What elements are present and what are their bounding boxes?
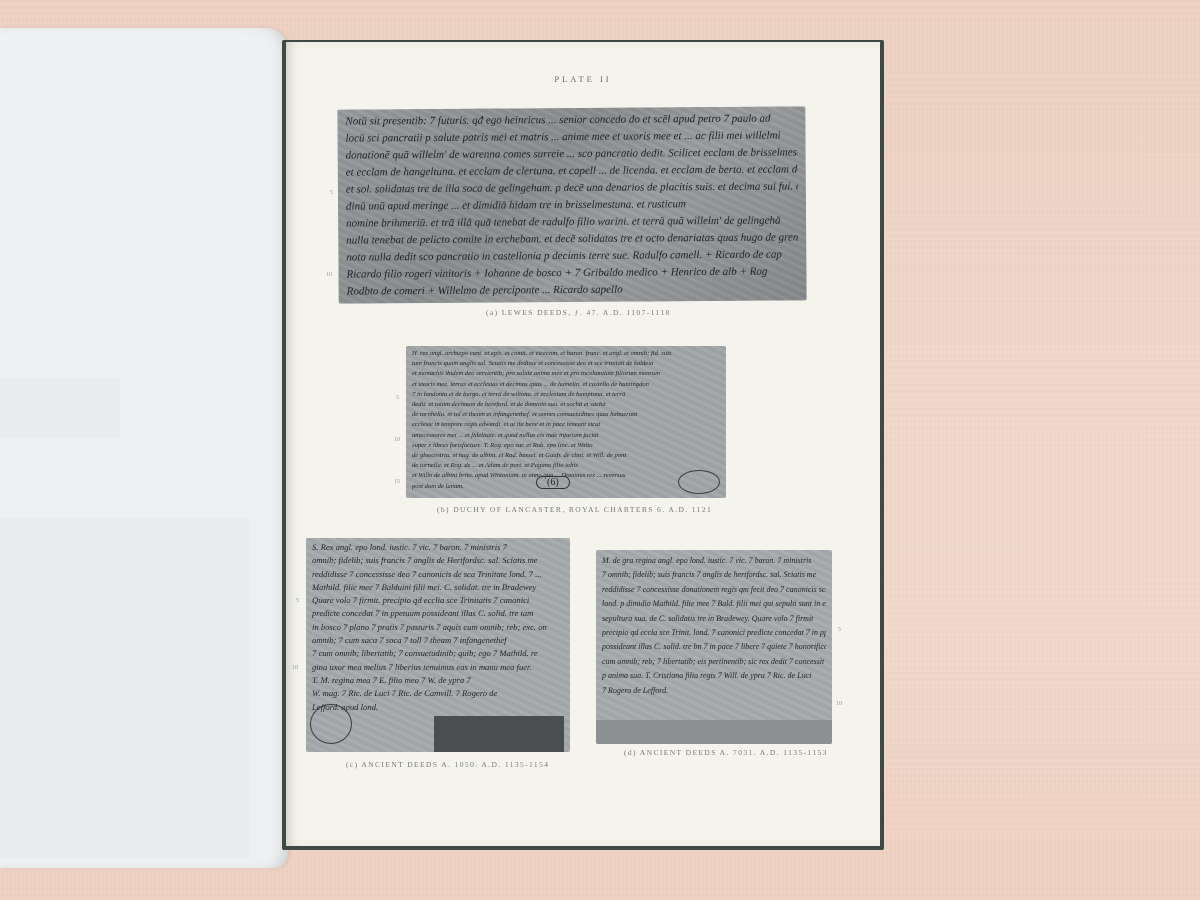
- deed-line: tam francis quam anglis sal. Sciatis me …: [412, 359, 720, 369]
- photo-shadow: [434, 716, 564, 752]
- deed-image-b: H. rex angl. archiepo cant. et epis. et …: [406, 346, 726, 498]
- line-number: 5: [330, 190, 333, 196]
- caption-b: (b) DUCHY OF LANCASTER, ROYAL CHARTERS 6…: [437, 505, 712, 514]
- deed-line: reddidisse 7 concessisse deo 7 canonicis…: [312, 568, 564, 581]
- deed-line: Mathild. filie mee 7 Balduini filii mei.…: [312, 581, 564, 594]
- stamp-number: (6): [536, 476, 570, 489]
- deed-line: 7 cum omnib; libertatib; 7 consuetudinib…: [312, 647, 564, 660]
- line-number: 5: [296, 598, 299, 604]
- deed-line: W. mag. 7 Ric. de Luci 7 Ric. de Camvill…: [312, 687, 564, 700]
- deed-line: omnib; fidelib; suis francis 7 anglis de…: [312, 554, 564, 567]
- left-page-shadow: [0, 518, 250, 858]
- line-number: 10: [394, 437, 400, 443]
- deed-line: cum omnib; reb; 7 libertatib; eis pertin…: [602, 655, 826, 669]
- caption-c: (c) ANCIENT DEEDS A. 1050. A.D. 1135-115…: [346, 760, 549, 769]
- line-number: 10: [836, 701, 842, 707]
- deed-line: lond. p dimidio Mathild. filie mee 7 Bal…: [602, 597, 826, 611]
- deed-line: de gloecestria. et hug. de albini. et Ra…: [412, 451, 720, 461]
- deed-line: et sol. solidatas tre de illa soca de ge…: [346, 178, 798, 198]
- deed-line: 7 omnib; fidelib; suis francis 7 anglis …: [602, 568, 826, 582]
- deed-line: Ricardo filio rogeri vinitoris + Iohanne…: [346, 263, 798, 283]
- left-page-shadow: [0, 378, 120, 438]
- line-number: 5: [396, 395, 399, 401]
- deed-line: super x libras forisfacture. T. Rog. epo…: [412, 441, 720, 451]
- deed-line: 7 in londonia et de burgo. et terrā de w…: [412, 390, 720, 400]
- deed-line: possideant illas C. solid. tre bn 7 in p…: [602, 640, 826, 654]
- deed-line: et monachis ibidem deo servientib; pro s…: [412, 369, 720, 379]
- deed-line: S. Rex angl. epo lond. iustic. 7 vic. 7 …: [312, 541, 564, 554]
- deed-line: T. M. regina mea 7 E. filio meo 7 W. de …: [312, 674, 564, 687]
- deed-line: antecessores mei ... et fidelitate. et q…: [412, 431, 720, 441]
- line-number: 15: [394, 479, 400, 485]
- deed-line: sepultura sua. de C. solidatis tre in Br…: [602, 612, 826, 626]
- deed-image-c: S. Rex angl. epo lond. iustic. 7 vic. 7 …: [306, 538, 570, 752]
- line-number: 5: [838, 627, 841, 633]
- deed-line: precipio qd eccla sce Trinit. lond. 7 ca…: [602, 626, 826, 640]
- left-page: [0, 28, 288, 868]
- deed-line: dedit. et totam decimam de hereford. et …: [412, 400, 720, 410]
- caption-d: (d) ANCIENT DEEDS A. 7031. A.D. 1135-115…: [624, 748, 828, 757]
- deed-line: de tornhella. et tol et theam et infange…: [412, 410, 720, 420]
- deed-line: 7 Rogero de Lefford.: [602, 684, 826, 698]
- deed-line: Lefford. apud lond.: [312, 701, 564, 714]
- deed-line: ecclesie in tempore regis edwardi. et ut…: [412, 420, 720, 430]
- deed-line: reddidisse 7 concessisse donationem regi…: [602, 583, 826, 597]
- deed-line: M. de gra regina angl. epo lond. iustic.…: [602, 554, 826, 568]
- seal-stamp-icon: [678, 470, 720, 494]
- line-number: 10: [326, 272, 332, 278]
- deed-line: p anima sua. T. Cristiana filia regis 7 …: [602, 669, 826, 683]
- deed-line: predicte concedat 7 in ppetuum possidean…: [312, 607, 564, 620]
- deed-line: omnib; 7 cum saca 7 soca 7 toll 7 theam …: [312, 634, 564, 647]
- plate-title: PLATE II: [286, 74, 880, 84]
- deed-line: in bosco 7 plano 7 pratis 7 pasturis 7 a…: [312, 621, 564, 634]
- line-number: 10: [292, 665, 298, 671]
- deed-line: de tornella. et Rog. de ... et Adam de p…: [412, 461, 720, 471]
- deed-line: gina uxor mea melius 7 liberius tenuimus…: [312, 661, 564, 674]
- deed-line: Rodbto de comeri + Willelmo de percipont…: [347, 280, 799, 300]
- seal-stamp-icon: [310, 704, 352, 744]
- deed-image-a: Notū sit presentib: 7 futuris. qđ ego he…: [337, 106, 806, 303]
- deed-line: et uxoris mee. terras et ecclesias et de…: [412, 380, 720, 390]
- deed-image-d: M. de gra regina angl. epo lond. iustic.…: [596, 550, 832, 744]
- deed-line: H. rex angl. archiepo cant. et epis. et …: [412, 349, 720, 359]
- deed-line: Quare volo 7 firmit. precipio qd ecclia …: [312, 594, 564, 607]
- caption-a: (a) LEWES DEEDS, ƒ. 47. A.D. 1107-1118: [486, 308, 671, 317]
- photo-shadow: [596, 720, 832, 744]
